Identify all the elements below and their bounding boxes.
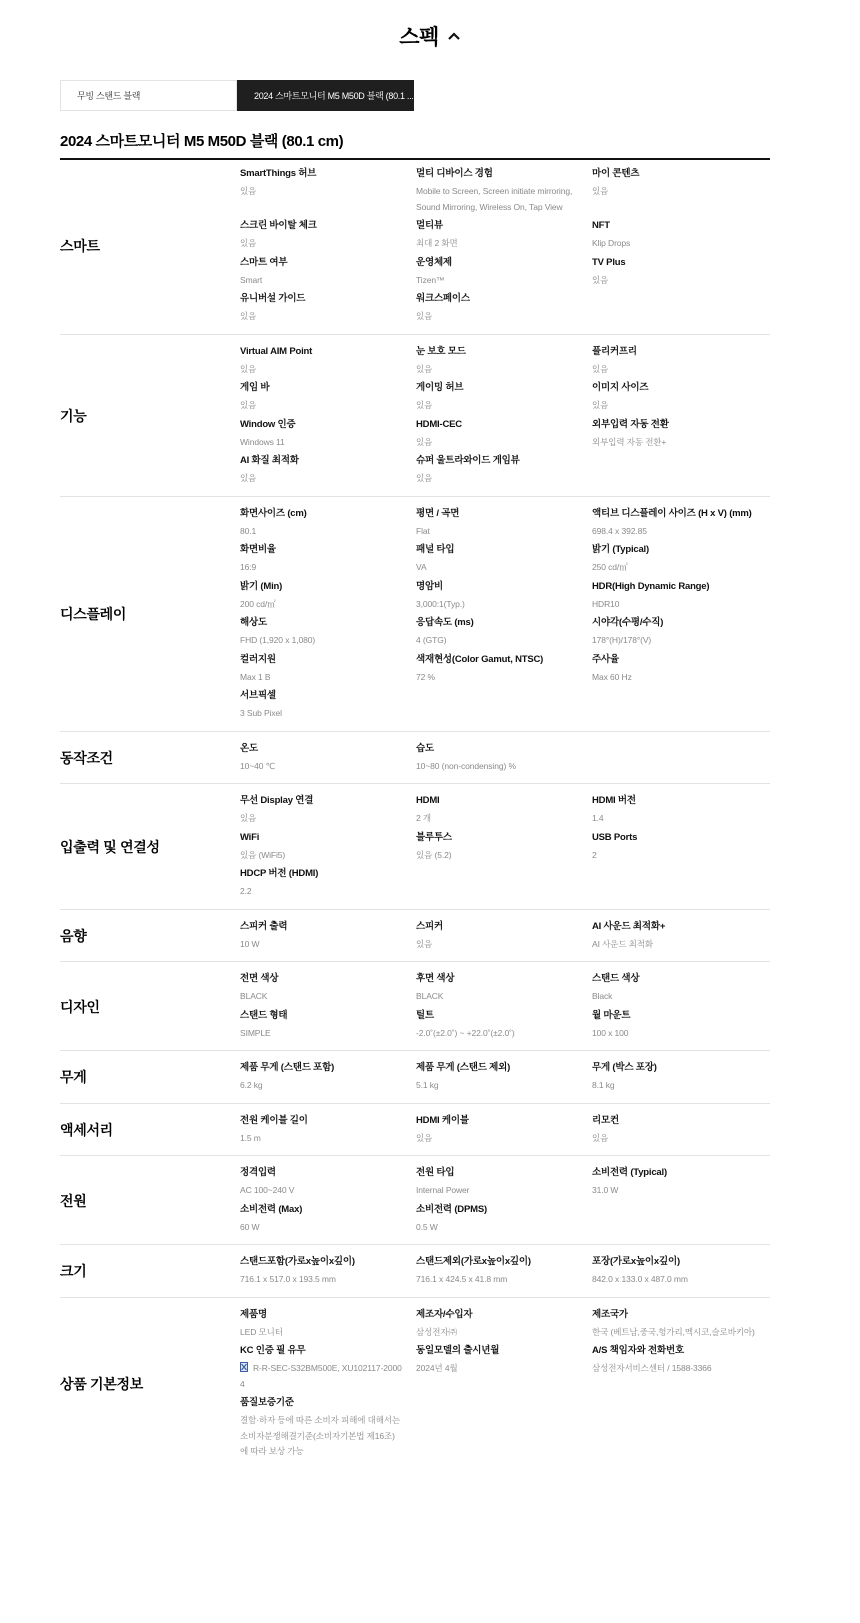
spec-category-label: 크기 — [60, 1255, 240, 1288]
spec-item-label: TV Plus — [592, 256, 756, 270]
spec-section: 상품 기본정보제품명LED 모니터제조자/수입자삼성전자㈜제조국가한국 (베트남… — [60, 1298, 770, 1469]
spec-item-label: AI 화질 최적화 — [240, 454, 402, 468]
spec-item-value: 있음 — [240, 471, 402, 487]
spec-items-grid: SmartThings 허브있음멀티 디바이스 경험Mobile to Scre… — [240, 167, 770, 325]
spec-item-value: Windows 11 — [240, 435, 402, 451]
spec-item: 화면비율16:9 — [240, 543, 416, 576]
spec-item-label: 제품 무게 (스탠드 포함) — [240, 1061, 402, 1075]
spec-item-label: 소비전력 (DPMS) — [416, 1203, 578, 1217]
spec-item-label: NFT — [592, 219, 756, 233]
spec-item: 컬러지원Max 1 B — [240, 653, 416, 686]
spec-item-value: 있음 — [416, 398, 578, 414]
spec-header-toggle[interactable]: 스펙 — [0, 18, 860, 54]
spec-item-label: 습도 — [416, 742, 578, 756]
spec-item-value: 있음 — [240, 811, 402, 827]
spec-item: NFTKlip Drops — [592, 219, 770, 252]
spec-category-label: 입출력 및 연결성 — [60, 794, 240, 900]
spec-item-label: 액티브 디스플레이 사이즈 (H x V) (mm) — [592, 507, 756, 521]
spec-item: 습도10~80 (non-condensing) % — [416, 742, 592, 775]
spec-item: 유니버설 가이드있음 — [240, 292, 416, 325]
spec-item-label: 패널 타입 — [416, 543, 578, 557]
spec-item-value: 1.4 — [592, 811, 756, 827]
spec-item-value: 5.1 kg — [416, 1078, 578, 1094]
spec-item: 멀티 디바이스 경험Mobile to Screen, Screen initi… — [416, 167, 592, 215]
spec-item: 전원 타입Internal Power — [416, 1166, 592, 1199]
spec-item-label: 동일모델의 출시년월 — [416, 1344, 578, 1358]
spec-category-label: 디자인 — [60, 972, 240, 1041]
spec-section: 동작조건온도10~40 ℃습도10~80 (non-condensing) % — [60, 732, 770, 785]
spec-item-value: Klip Drops — [592, 236, 756, 252]
spec-item: 스마트 여부Smart — [240, 256, 416, 289]
spec-item-value: 2024년 4월 — [416, 1361, 578, 1377]
spec-item-label: 제조국가 — [592, 1308, 756, 1322]
spec-item-label: 주사율 — [592, 653, 756, 667]
spec-item: 품질보증기준결함·하자 등에 따른 소비자 피해에 대해서는 소비자분쟁해결기준… — [240, 1396, 416, 1460]
spec-item-label: 해상도 — [240, 616, 402, 630]
spec-item-value: 3 Sub Pixel — [240, 706, 402, 722]
spec-item-label: AI 사운드 최적화+ — [592, 920, 756, 934]
spec-item: 포장(가로x높이x깊이)842.0 x 133.0 x 487.0 mm — [592, 1255, 770, 1288]
spec-item-label: 화면사이즈 (cm) — [240, 507, 402, 521]
spec-item-value: 716.1 x 517.0 x 193.5 mm — [240, 1272, 402, 1288]
spec-item-value: Tizen™ — [416, 273, 578, 289]
spec-item-label: 플리커프리 — [592, 345, 756, 359]
spec-item: Virtual AIM Point있음 — [240, 345, 416, 378]
spec-item-label: 스탠드포함(가로x높이x깊이) — [240, 1255, 402, 1269]
spec-category-label: 음향 — [60, 920, 240, 953]
spec-item-value: 2 — [592, 848, 756, 864]
spec-item-value: 삼성전자㈜ — [416, 1325, 578, 1341]
spec-item-value: 있음 — [416, 937, 578, 953]
spec-section: 음향스피커 출력10 W스피커있음AI 사운드 최적화+AI 사운드 최적화 — [60, 910, 770, 963]
spec-item-label: 색재현성(Color Gamut, NTSC) — [416, 653, 578, 667]
spec-item-value-text: R-R-SEC-S32BM500E, XU102117-20004 — [240, 1363, 402, 1389]
spec-item-label: 소비전력 (Typical) — [592, 1166, 756, 1180]
spec-item: 전원 케이블 길이1.5 m — [240, 1114, 416, 1147]
spec-category-label: 액세서리 — [60, 1114, 240, 1147]
spec-item-value: 16:9 — [240, 560, 402, 576]
spec-item: 시야각(수평/수직)178°(H)/178°(V) — [592, 616, 770, 649]
spec-item-value: 60 W — [240, 1220, 402, 1236]
spec-item-label: 밝기 (Min) — [240, 580, 402, 594]
spec-item-label: 스크린 바이탈 체크 — [240, 219, 402, 233]
spec-item-label: 응답속도 (ms) — [416, 616, 578, 630]
spec-item: 평면 / 곡면Flat — [416, 507, 592, 540]
spec-item-value: 삼성전자서비스센터 / 1588-3366 — [592, 1361, 756, 1377]
spec-item-label: 외부입력 자동 전환 — [592, 418, 756, 432]
spec-item-value: Black — [592, 989, 756, 1005]
spec-item-label: 후면 색상 — [416, 972, 578, 986]
spec-item: HDCP 버전 (HDMI)2.2 — [240, 867, 416, 900]
spec-item: 온도10~40 ℃ — [240, 742, 416, 775]
spec-item: KC 인증 필 유무R-R-SEC-S32BM500E, XU102117-20… — [240, 1344, 416, 1392]
spec-item-value: 716.1 x 424.5 x 41.8 mm — [416, 1272, 578, 1288]
spec-item-label: USB Ports — [592, 831, 756, 845]
spec-item-label: 전원 케이블 길이 — [240, 1114, 402, 1128]
spec-category-label: 무게 — [60, 1061, 240, 1094]
spec-item-value: 있음 — [240, 309, 402, 325]
spec-item-label: 틸트 — [416, 1009, 578, 1023]
spec-category-label: 디스플레이 — [60, 507, 240, 722]
spec-item: 스탠드 형태SIMPLE — [240, 1009, 416, 1042]
spec-item-value: Flat — [416, 524, 578, 540]
spec-item: TV Plus있음 — [592, 256, 770, 289]
spec-item-value: 있음 — [416, 435, 578, 451]
spec-item-value: Max 60 Hz — [592, 670, 756, 686]
spec-item-value: 있음 — [592, 398, 756, 414]
spec-item: 소비전력 (Typical)31.0 W — [592, 1166, 770, 1199]
spec-item-value: 10 W — [240, 937, 402, 953]
spec-item-value: VA — [416, 560, 578, 576]
spec-item: 패널 타입VA — [416, 543, 592, 576]
spec-item-label: 멀티뷰 — [416, 219, 578, 233]
spec-items-grid: 스피커 출력10 W스피커있음AI 사운드 최적화+AI 사운드 최적화 — [240, 920, 770, 953]
spec-item-value: 있음 — [240, 184, 402, 200]
spec-item-label: 서브픽셀 — [240, 689, 402, 703]
spec-item-label: 이미지 사이즈 — [592, 381, 756, 395]
spec-items-grid: 화면사이즈 (cm)80.1평면 / 곡면Flat액티브 디스플레이 사이즈 (… — [240, 507, 770, 722]
spec-item: 응답속도 (ms)4 (GTG) — [416, 616, 592, 649]
spec-item-value: 있음 — [416, 309, 578, 325]
spec-item-value: 있음 (WiFi5) — [240, 848, 402, 864]
spec-item-value: 178°(H)/178°(V) — [592, 633, 756, 649]
spec-item: AI 사운드 최적화+AI 사운드 최적화 — [592, 920, 770, 953]
spec-item-value: 있음 (5.2) — [416, 848, 578, 864]
spec-section: 크기스탠드포함(가로x높이x깊이)716.1 x 517.0 x 193.5 m… — [60, 1245, 770, 1298]
spec-item-label: 소비전력 (Max) — [240, 1203, 402, 1217]
spec-item-label: KC 인증 필 유무 — [240, 1344, 402, 1358]
spec-item: 마이 콘텐츠있음 — [592, 167, 770, 215]
spec-item-label: 스피커 출력 — [240, 920, 402, 934]
spec-item: 무게 (박스 포장)8.1 kg — [592, 1061, 770, 1094]
spec-item-value: SIMPLE — [240, 1026, 402, 1042]
spec-items-grid: 전면 색상BLACK후면 색상BLACK스탠드 색상Black스탠드 형태SIM… — [240, 972, 770, 1041]
spec-item: HDMI-CEC있음 — [416, 418, 592, 451]
spec-item-label: Virtual AIM Point — [240, 345, 402, 359]
spec-item-label: 스마트 여부 — [240, 256, 402, 270]
spec-item-label: 품질보증기준 — [240, 1396, 402, 1410]
spec-item: Window 인증Windows 11 — [240, 418, 416, 451]
spec-item-label: HDMI 케이블 — [416, 1114, 578, 1128]
spec-item: 게이밍 허브있음 — [416, 381, 592, 414]
spec-page: 스펙 무빙 스탠드 블랙 2024 스마트모니터 M5 M50D 블랙 (80.… — [0, 0, 860, 1623]
spec-section: 입출력 및 연결성무선 Display 연결있음HDMI2 개HDMI 버전1.… — [60, 784, 770, 910]
spec-item-value: 최대 2 화면 — [416, 236, 578, 252]
spec-items-grid: 스탠드포함(가로x높이x깊이)716.1 x 517.0 x 193.5 mm스… — [240, 1255, 770, 1288]
spec-item-label: 유니버설 가이드 — [240, 292, 402, 306]
spec-item: 서브픽셀3 Sub Pixel — [240, 689, 416, 722]
spec-item: 정격입력AC 100~240 V — [240, 1166, 416, 1199]
spec-item-value: 있음 — [592, 362, 756, 378]
spec-item-value: 10~40 ℃ — [240, 759, 402, 775]
spec-item: 후면 색상BLACK — [416, 972, 592, 1005]
spec-item: 제품 무게 (스탠드 제외)5.1 kg — [416, 1061, 592, 1094]
spec-item-value: 31.0 W — [592, 1183, 756, 1199]
spec-section: 스마트SmartThings 허브있음멀티 디바이스 경험Mobile to S… — [60, 157, 770, 335]
spec-item-value: 3,000:1(Typ.) — [416, 597, 578, 613]
spec-item-label: WiFi — [240, 831, 402, 845]
spec-item: 밝기 (Min)200 cd/㎡ — [240, 580, 416, 613]
spec-item-label: 화면비율 — [240, 543, 402, 557]
spec-item-label: 마이 콘텐츠 — [592, 167, 756, 181]
spec-item: 스탠드제외(가로x높이x깊이)716.1 x 424.5 x 41.8 mm — [416, 1255, 592, 1288]
spec-item-label: 온도 — [240, 742, 402, 756]
spec-item-value: 있음 — [416, 1131, 578, 1147]
spec-item-value: 250 cd/㎡ — [592, 560, 756, 576]
spec-title: 스펙 — [399, 21, 439, 51]
spec-item-value: -2.0˚(±2.0˚) ~ +22.0˚(±2.0˚) — [416, 1026, 578, 1042]
spec-item: 명암비3,000:1(Typ.) — [416, 580, 592, 613]
spec-item: 전면 색상BLACK — [240, 972, 416, 1005]
spec-item-label: 스탠드 형태 — [240, 1009, 402, 1023]
spec-item-value: AC 100~240 V — [240, 1183, 402, 1199]
spec-item-value: 2.2 — [240, 884, 402, 900]
spec-item: 블루투스있음 (5.2) — [416, 831, 592, 864]
spec-item: 눈 보호 모드있음 — [416, 345, 592, 378]
spec-item-label: 정격입력 — [240, 1166, 402, 1180]
spec-item: 월 마운트100 x 100 — [592, 1009, 770, 1042]
spec-item-value: 2 개 — [416, 811, 578, 827]
spec-item: 스피커 출력10 W — [240, 920, 416, 953]
spec-item-label: 게이밍 허브 — [416, 381, 578, 395]
spec-item-label: 월 마운트 — [592, 1009, 756, 1023]
spec-item: 워크스페이스있음 — [416, 292, 592, 325]
spec-item-label: Window 인증 — [240, 418, 402, 432]
spec-item: WiFi있음 (WiFi5) — [240, 831, 416, 864]
spec-item: 주사율Max 60 Hz — [592, 653, 770, 686]
spec-item: 밝기 (Typical)250 cd/㎡ — [592, 543, 770, 576]
spec-item: HDMI2 개 — [416, 794, 592, 827]
spec-item: 멀티뷰최대 2 화면 — [416, 219, 592, 252]
spec-item-label: HDR(High Dynamic Range) — [592, 580, 756, 594]
spec-category-label: 상품 기본정보 — [60, 1308, 240, 1460]
spec-item: 제조국가한국 (베트남,중국,헝가리,멕시코,슬로바키아) — [592, 1308, 770, 1341]
spec-category-label: 동작조건 — [60, 742, 240, 775]
spec-item-value: Internal Power — [416, 1183, 578, 1199]
spec-category-label: 기능 — [60, 345, 240, 487]
spec-item-label: 블루투스 — [416, 831, 578, 845]
spec-item: HDMI 버전1.4 — [592, 794, 770, 827]
spec-item-value: 있음 — [240, 362, 402, 378]
spec-item-label: 전원 타입 — [416, 1166, 578, 1180]
spec-item: A/S 책임자와 전화번호삼성전자서비스센터 / 1588-3366 — [592, 1344, 770, 1392]
spec-item-value: 있음 — [592, 1131, 756, 1147]
spec-item-label: 제조자/수입자 — [416, 1308, 578, 1322]
spec-item-value: 있음 — [240, 236, 402, 252]
spec-item: 이미지 사이즈있음 — [592, 381, 770, 414]
spec-item: 리모컨있음 — [592, 1114, 770, 1147]
spec-item-value: BLACK — [240, 989, 402, 1005]
spec-item-label: 포장(가로x높이x깊이) — [592, 1255, 756, 1269]
spec-item-value: 한국 (베트남,중국,헝가리,멕시코,슬로바키아) — [592, 1325, 756, 1341]
spec-item-value: 842.0 x 133.0 x 487.0 mm — [592, 1272, 756, 1288]
spec-item-value: HDR10 — [592, 597, 756, 613]
spec-section: 디자인전면 색상BLACK후면 색상BLACK스탠드 색상Black스탠드 형태… — [60, 962, 770, 1051]
spec-item-label: 슈퍼 울트라와이드 게임뷰 — [416, 454, 578, 468]
spec-item: 스탠드 색상Black — [592, 972, 770, 1005]
spec-item-label: 제품 무게 (스탠드 제외) — [416, 1061, 578, 1075]
tab-moving-stand-black[interactable]: 무빙 스탠드 블랙 — [60, 80, 237, 111]
spec-item: 소비전력 (DPMS)0.5 W — [416, 1203, 592, 1236]
spec-item: SmartThings 허브있음 — [240, 167, 416, 215]
spec-items-grid: 무선 Display 연결있음HDMI2 개HDMI 버전1.4WiFi있음 (… — [240, 794, 770, 900]
spec-item: 화면사이즈 (cm)80.1 — [240, 507, 416, 540]
spec-item-value: 0.5 W — [416, 1220, 578, 1236]
spec-item: 스크린 바이탈 체크있음 — [240, 219, 416, 252]
spec-category-label: 스마트 — [60, 167, 240, 325]
spec-item-label: 스피커 — [416, 920, 578, 934]
spec-item-label: 스탠드제외(가로x높이x깊이) — [416, 1255, 578, 1269]
spec-item-value: Mobile to Screen, Screen initiate mirror… — [416, 184, 578, 215]
spec-item-value: 200 cd/㎡ — [240, 597, 402, 613]
spec-item: 무선 Display 연결있음 — [240, 794, 416, 827]
kc-certification-icon — [240, 1362, 248, 1372]
spec-item-value: 있음 — [592, 184, 756, 200]
spec-item-label: 무선 Display 연결 — [240, 794, 402, 808]
spec-item: AI 화질 최적화있음 — [240, 454, 416, 487]
spec-item-value: 있음 — [592, 273, 756, 289]
spec-item-value: 있음 — [416, 362, 578, 378]
spec-item-label: 시야각(수평/수직) — [592, 616, 756, 630]
tab-m50d-black[interactable]: 2024 스마트모니터 M5 M50D 블랙 (80.1 ... — [237, 80, 414, 111]
spec-item: 제품명LED 모니터 — [240, 1308, 416, 1341]
spec-item-value: 698.4 x 392.85 — [592, 524, 756, 540]
spec-item: 플리커프리있음 — [592, 345, 770, 378]
spec-items-grid: 전원 케이블 길이1.5 mHDMI 케이블있음리모컨있음 — [240, 1114, 770, 1147]
spec-item-label: 무게 (박스 포장) — [592, 1061, 756, 1075]
spec-section: 무게제품 무게 (스탠드 포함)6.2 kg제품 무게 (스탠드 제외)5.1 … — [60, 1051, 770, 1104]
spec-item-value: 100 x 100 — [592, 1026, 756, 1042]
spec-item-value: 4 (GTG) — [416, 633, 578, 649]
spec-item: USB Ports2 — [592, 831, 770, 864]
spec-item-label: 제품명 — [240, 1308, 402, 1322]
spec-item-value: 1.5 m — [240, 1131, 402, 1147]
spec-item-label: 평면 / 곡면 — [416, 507, 578, 521]
spec-item-value: R-R-SEC-S32BM500E, XU102117-20004 — [240, 1361, 402, 1392]
spec-item-label: HDCP 버전 (HDMI) — [240, 867, 402, 881]
spec-item-value: LED 모니터 — [240, 1325, 402, 1341]
spec-item-value: 있음 — [240, 398, 402, 414]
spec-items-grid: 제품 무게 (스탠드 포함)6.2 kg제품 무게 (스탠드 제외)5.1 kg… — [240, 1061, 770, 1094]
spec-item-label: 게임 바 — [240, 381, 402, 395]
spec-item-value: AI 사운드 최적화 — [592, 937, 756, 953]
spec-item: 액티브 디스플레이 사이즈 (H x V) (mm)698.4 x 392.85 — [592, 507, 770, 540]
spec-item-value: 72 % — [416, 670, 578, 686]
spec-item: 외부입력 자동 전환외부입력 자동 전환+ — [592, 418, 770, 451]
spec-item-label: 리모컨 — [592, 1114, 756, 1128]
spec-item-label: 운영체제 — [416, 256, 578, 270]
spec-item-label: HDMI — [416, 794, 578, 808]
spec-item-value: 6.2 kg — [240, 1078, 402, 1094]
spec-item: 스피커있음 — [416, 920, 592, 953]
spec-item-label: 눈 보호 모드 — [416, 345, 578, 359]
spec-item-value: Max 1 B — [240, 670, 402, 686]
spec-table: 스마트SmartThings 허브있음멀티 디바이스 경험Mobile to S… — [60, 157, 770, 1469]
product-title: 2024 스마트모니터 M5 M50D 블랙 (80.1 cm) — [60, 130, 770, 160]
spec-item: 동일모델의 출시년월2024년 4월 — [416, 1344, 592, 1392]
spec-item-label: 스탠드 색상 — [592, 972, 756, 986]
spec-item-label: SmartThings 허브 — [240, 167, 402, 181]
spec-item-value: Smart — [240, 273, 402, 289]
spec-item: 해상도FHD (1,920 x 1,080) — [240, 616, 416, 649]
spec-section: 전원정격입력AC 100~240 V전원 타입Internal Power소비전… — [60, 1156, 770, 1245]
spec-item-value: BLACK — [416, 989, 578, 1005]
spec-item: 틸트-2.0˚(±2.0˚) ~ +22.0˚(±2.0˚) — [416, 1009, 592, 1042]
spec-item: 색재현성(Color Gamut, NTSC)72 % — [416, 653, 592, 686]
spec-item-label: HDMI-CEC — [416, 418, 578, 432]
spec-item-label: 멀티 디바이스 경험 — [416, 167, 578, 181]
spec-item-label: 명암비 — [416, 580, 578, 594]
spec-item-value: 있음 — [416, 471, 578, 487]
chevron-up-icon[interactable] — [447, 29, 461, 43]
spec-item: 운영체제Tizen™ — [416, 256, 592, 289]
spec-item-value: 결함·하자 등에 따른 소비자 피해에 대해서는 소비자분쟁해결기준(소비자기본… — [240, 1413, 402, 1460]
spec-item-value: 외부입력 자동 전환+ — [592, 435, 756, 451]
spec-items-grid: 온도10~40 ℃습도10~80 (non-condensing) % — [240, 742, 770, 775]
spec-item-value: 10~80 (non-condensing) % — [416, 759, 578, 775]
spec-item-label: 전면 색상 — [240, 972, 402, 986]
model-tabs: 무빙 스탠드 블랙 2024 스마트모니터 M5 M50D 블랙 (80.1 .… — [60, 80, 414, 111]
spec-item-label: 밝기 (Typical) — [592, 543, 756, 557]
spec-item: 제품 무게 (스탠드 포함)6.2 kg — [240, 1061, 416, 1094]
spec-item: 제조자/수입자삼성전자㈜ — [416, 1308, 592, 1341]
spec-section: 디스플레이화면사이즈 (cm)80.1평면 / 곡면Flat액티브 디스플레이 … — [60, 497, 770, 732]
spec-item: 스탠드포함(가로x높이x깊이)716.1 x 517.0 x 193.5 mm — [240, 1255, 416, 1288]
spec-item-label: 컬러지원 — [240, 653, 402, 667]
spec-item-label: A/S 책임자와 전화번호 — [592, 1344, 756, 1358]
spec-item: 슈퍼 울트라와이드 게임뷰있음 — [416, 454, 592, 487]
spec-item: 게임 바있음 — [240, 381, 416, 414]
spec-item: HDMI 케이블있음 — [416, 1114, 592, 1147]
spec-category-label: 전원 — [60, 1166, 240, 1235]
spec-section: 액세서리전원 케이블 길이1.5 mHDMI 케이블있음리모컨있음 — [60, 1104, 770, 1157]
spec-items-grid: 제품명LED 모니터제조자/수입자삼성전자㈜제조국가한국 (베트남,중국,헝가리… — [240, 1308, 770, 1460]
spec-item-label: 워크스페이스 — [416, 292, 578, 306]
spec-item: 소비전력 (Max)60 W — [240, 1203, 416, 1236]
spec-item: HDR(High Dynamic Range)HDR10 — [592, 580, 770, 613]
spec-items-grid: 정격입력AC 100~240 V전원 타입Internal Power소비전력 … — [240, 1166, 770, 1235]
spec-item-label: HDMI 버전 — [592, 794, 756, 808]
spec-item-value: FHD (1,920 x 1,080) — [240, 633, 402, 649]
spec-items-grid: Virtual AIM Point있음눈 보호 모드있음플리커프리있음게임 바있… — [240, 345, 770, 487]
spec-item-value: 80.1 — [240, 524, 402, 540]
spec-section: 기능Virtual AIM Point있음눈 보호 모드있음플리커프리있음게임 … — [60, 335, 770, 497]
spec-item-value: 8.1 kg — [592, 1078, 756, 1094]
